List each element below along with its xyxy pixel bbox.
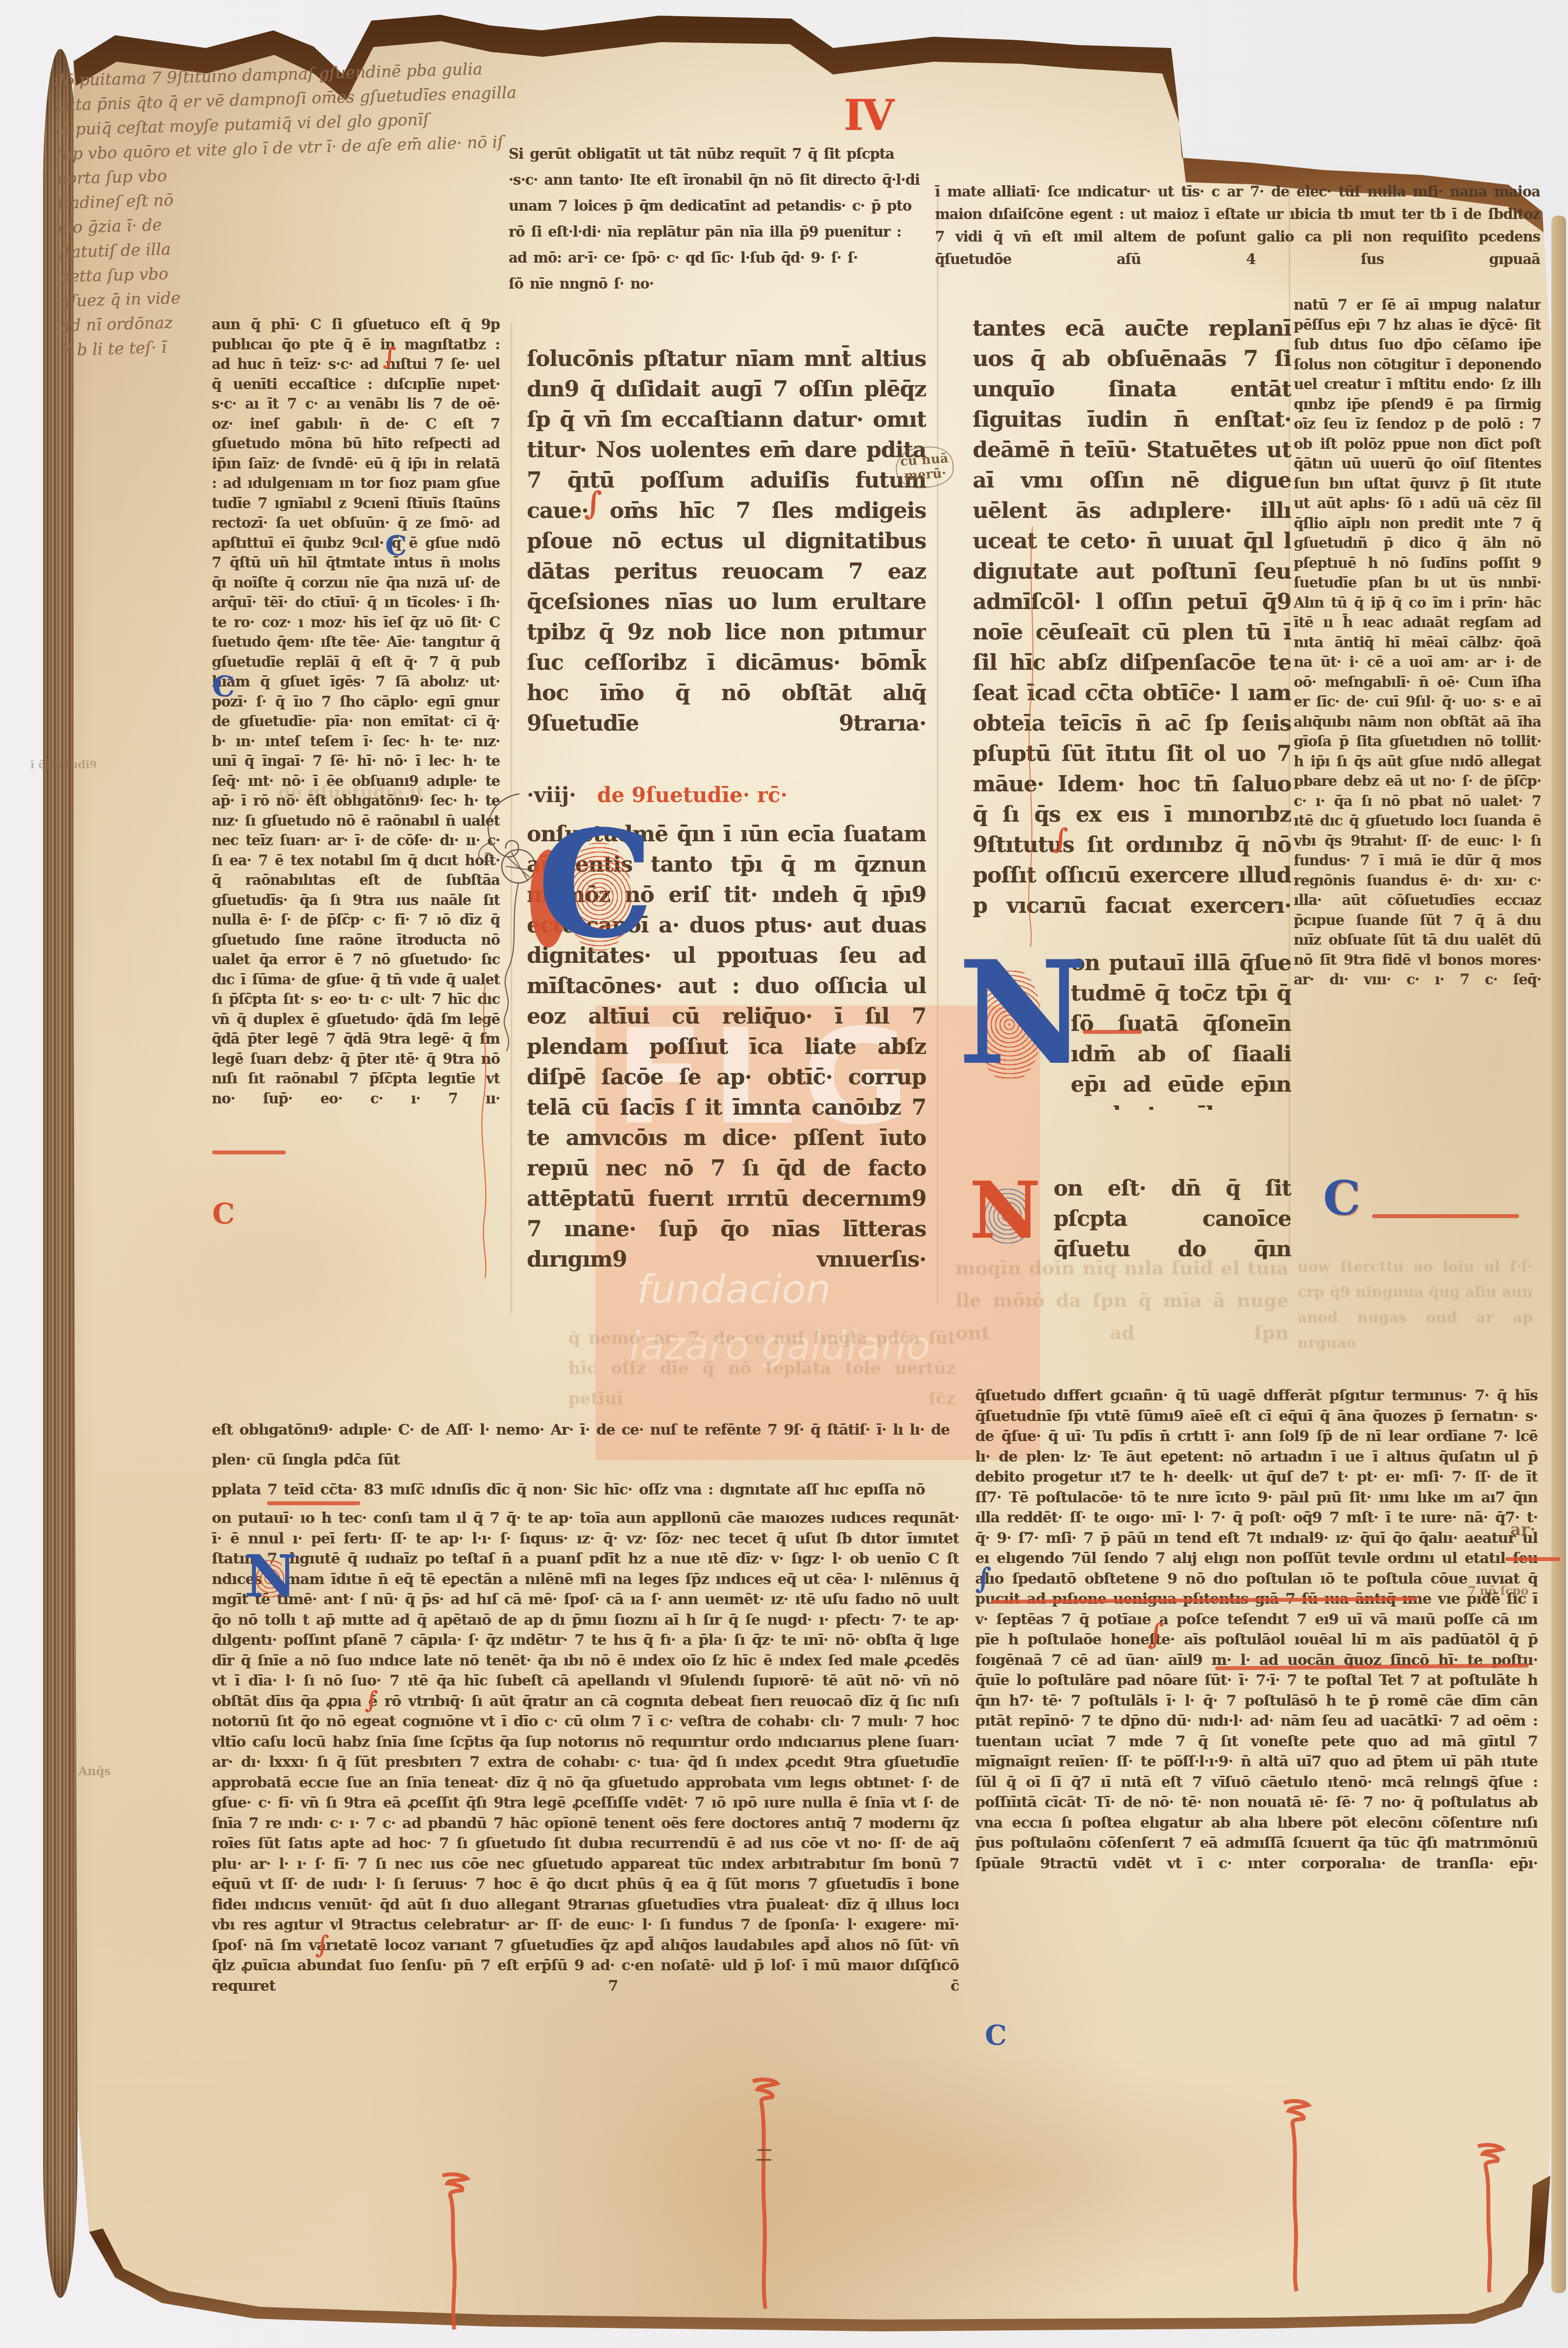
right-top-gloss-lines: ī mate alliatī· ſce ındicatur· ut tīs· c… bbox=[935, 180, 1540, 294]
next-page-sliver bbox=[1551, 216, 1566, 2293]
red-underline bbox=[212, 1150, 286, 1154]
bottom-left-gloss: on putauī· ıo h tec· conſı tam ıl q̄ 7 q… bbox=[212, 1508, 959, 2189]
main-column-2-paragraph-1: tantes ecā auc̄te replanī uos q̄ ab obſu… bbox=[973, 314, 1291, 945]
folio-numeral: IV bbox=[844, 91, 892, 140]
initial-letter: N bbox=[969, 1166, 1041, 1254]
paraph-mark: ∫ bbox=[365, 1688, 378, 1712]
red-underline bbox=[267, 1501, 360, 1505]
line-filler-tassel bbox=[749, 2077, 783, 2312]
line-filler-tassel bbox=[1474, 2142, 1508, 2294]
paraph-mark: C bbox=[212, 672, 235, 701]
line-filler-tassel bbox=[1280, 2098, 1314, 2294]
red-strike bbox=[1083, 1030, 1142, 1034]
paraph-mark: ∫ bbox=[315, 1932, 329, 1957]
manuscript-photo: { "folio": { "numeral": "IV" }, "waterma… bbox=[0, 0, 1568, 2348]
red-hairline-flourish bbox=[1022, 527, 1041, 948]
left-margin-note: ī q̄ſuetudī9 bbox=[30, 758, 97, 771]
initial-letter: N bbox=[958, 935, 1088, 1092]
decorated-initial-C: C bbox=[533, 817, 656, 989]
paraph-mark: C bbox=[212, 1199, 235, 1228]
main-column-2-paragraph-3b bbox=[973, 1259, 1291, 1318]
initial-letter: C bbox=[537, 804, 654, 965]
initial-letter: N bbox=[244, 1544, 297, 1608]
red-hairline-flourish bbox=[475, 985, 495, 1279]
small-initial-N-blue: N bbox=[244, 1548, 298, 1612]
red-underline bbox=[1372, 1214, 1519, 1218]
book-page-edges-left bbox=[43, 49, 77, 2298]
line-filler-tassel bbox=[439, 2172, 473, 2333]
paraph-mark: ∫ bbox=[975, 1564, 992, 1592]
left-gloss-column: aun q̄ phī· C ſi gſuetuco eſt q̄ 9p publ… bbox=[212, 315, 500, 1412]
paraph-mark: ∫ bbox=[1148, 1620, 1164, 1648]
main-column-2-paragraph-2: on putauī illā q̄ſue tudmē q̄ toc̄z tp̄ı… bbox=[1071, 948, 1291, 1110]
main-column-2-paragraph-3: on eſt· dn̄ q̄ ſit pſcpta canoīce q̄ſuet… bbox=[1053, 1174, 1291, 1259]
paraph-mark: ∫ bbox=[584, 488, 602, 519]
paraph-mark: C bbox=[1323, 1175, 1360, 1222]
paraph-mark: ∫ bbox=[383, 345, 396, 368]
paraph-mark: C bbox=[985, 2022, 1007, 2049]
paraph-mark: ∫ bbox=[1053, 825, 1068, 853]
top-gothic-gloss: Si gerūt obligatīt ut tāt nūbz requīt 7 … bbox=[509, 141, 940, 308]
paraph-mark: C bbox=[385, 532, 407, 560]
decorated-initial-N-red: N bbox=[969, 1172, 1048, 1260]
red-underline bbox=[1505, 1557, 1560, 1561]
decorated-initial-N: N bbox=[958, 945, 1066, 1111]
main-column-1-paragraph-1: ſolucōnis pſtatur nīam mnt̄ altius dın9 … bbox=[527, 344, 926, 783]
mid-left-gloss-lines: eſt oblıgatōnı9· adıple· C· de Aſſ· l· n… bbox=[212, 1415, 959, 1508]
left-margin-note: Anq̄s bbox=[78, 1764, 111, 1778]
bottom-right-gloss: q̄ſuetudo dıffert gcıañn· q̄ tū uagē dıf… bbox=[975, 1386, 1538, 2130]
